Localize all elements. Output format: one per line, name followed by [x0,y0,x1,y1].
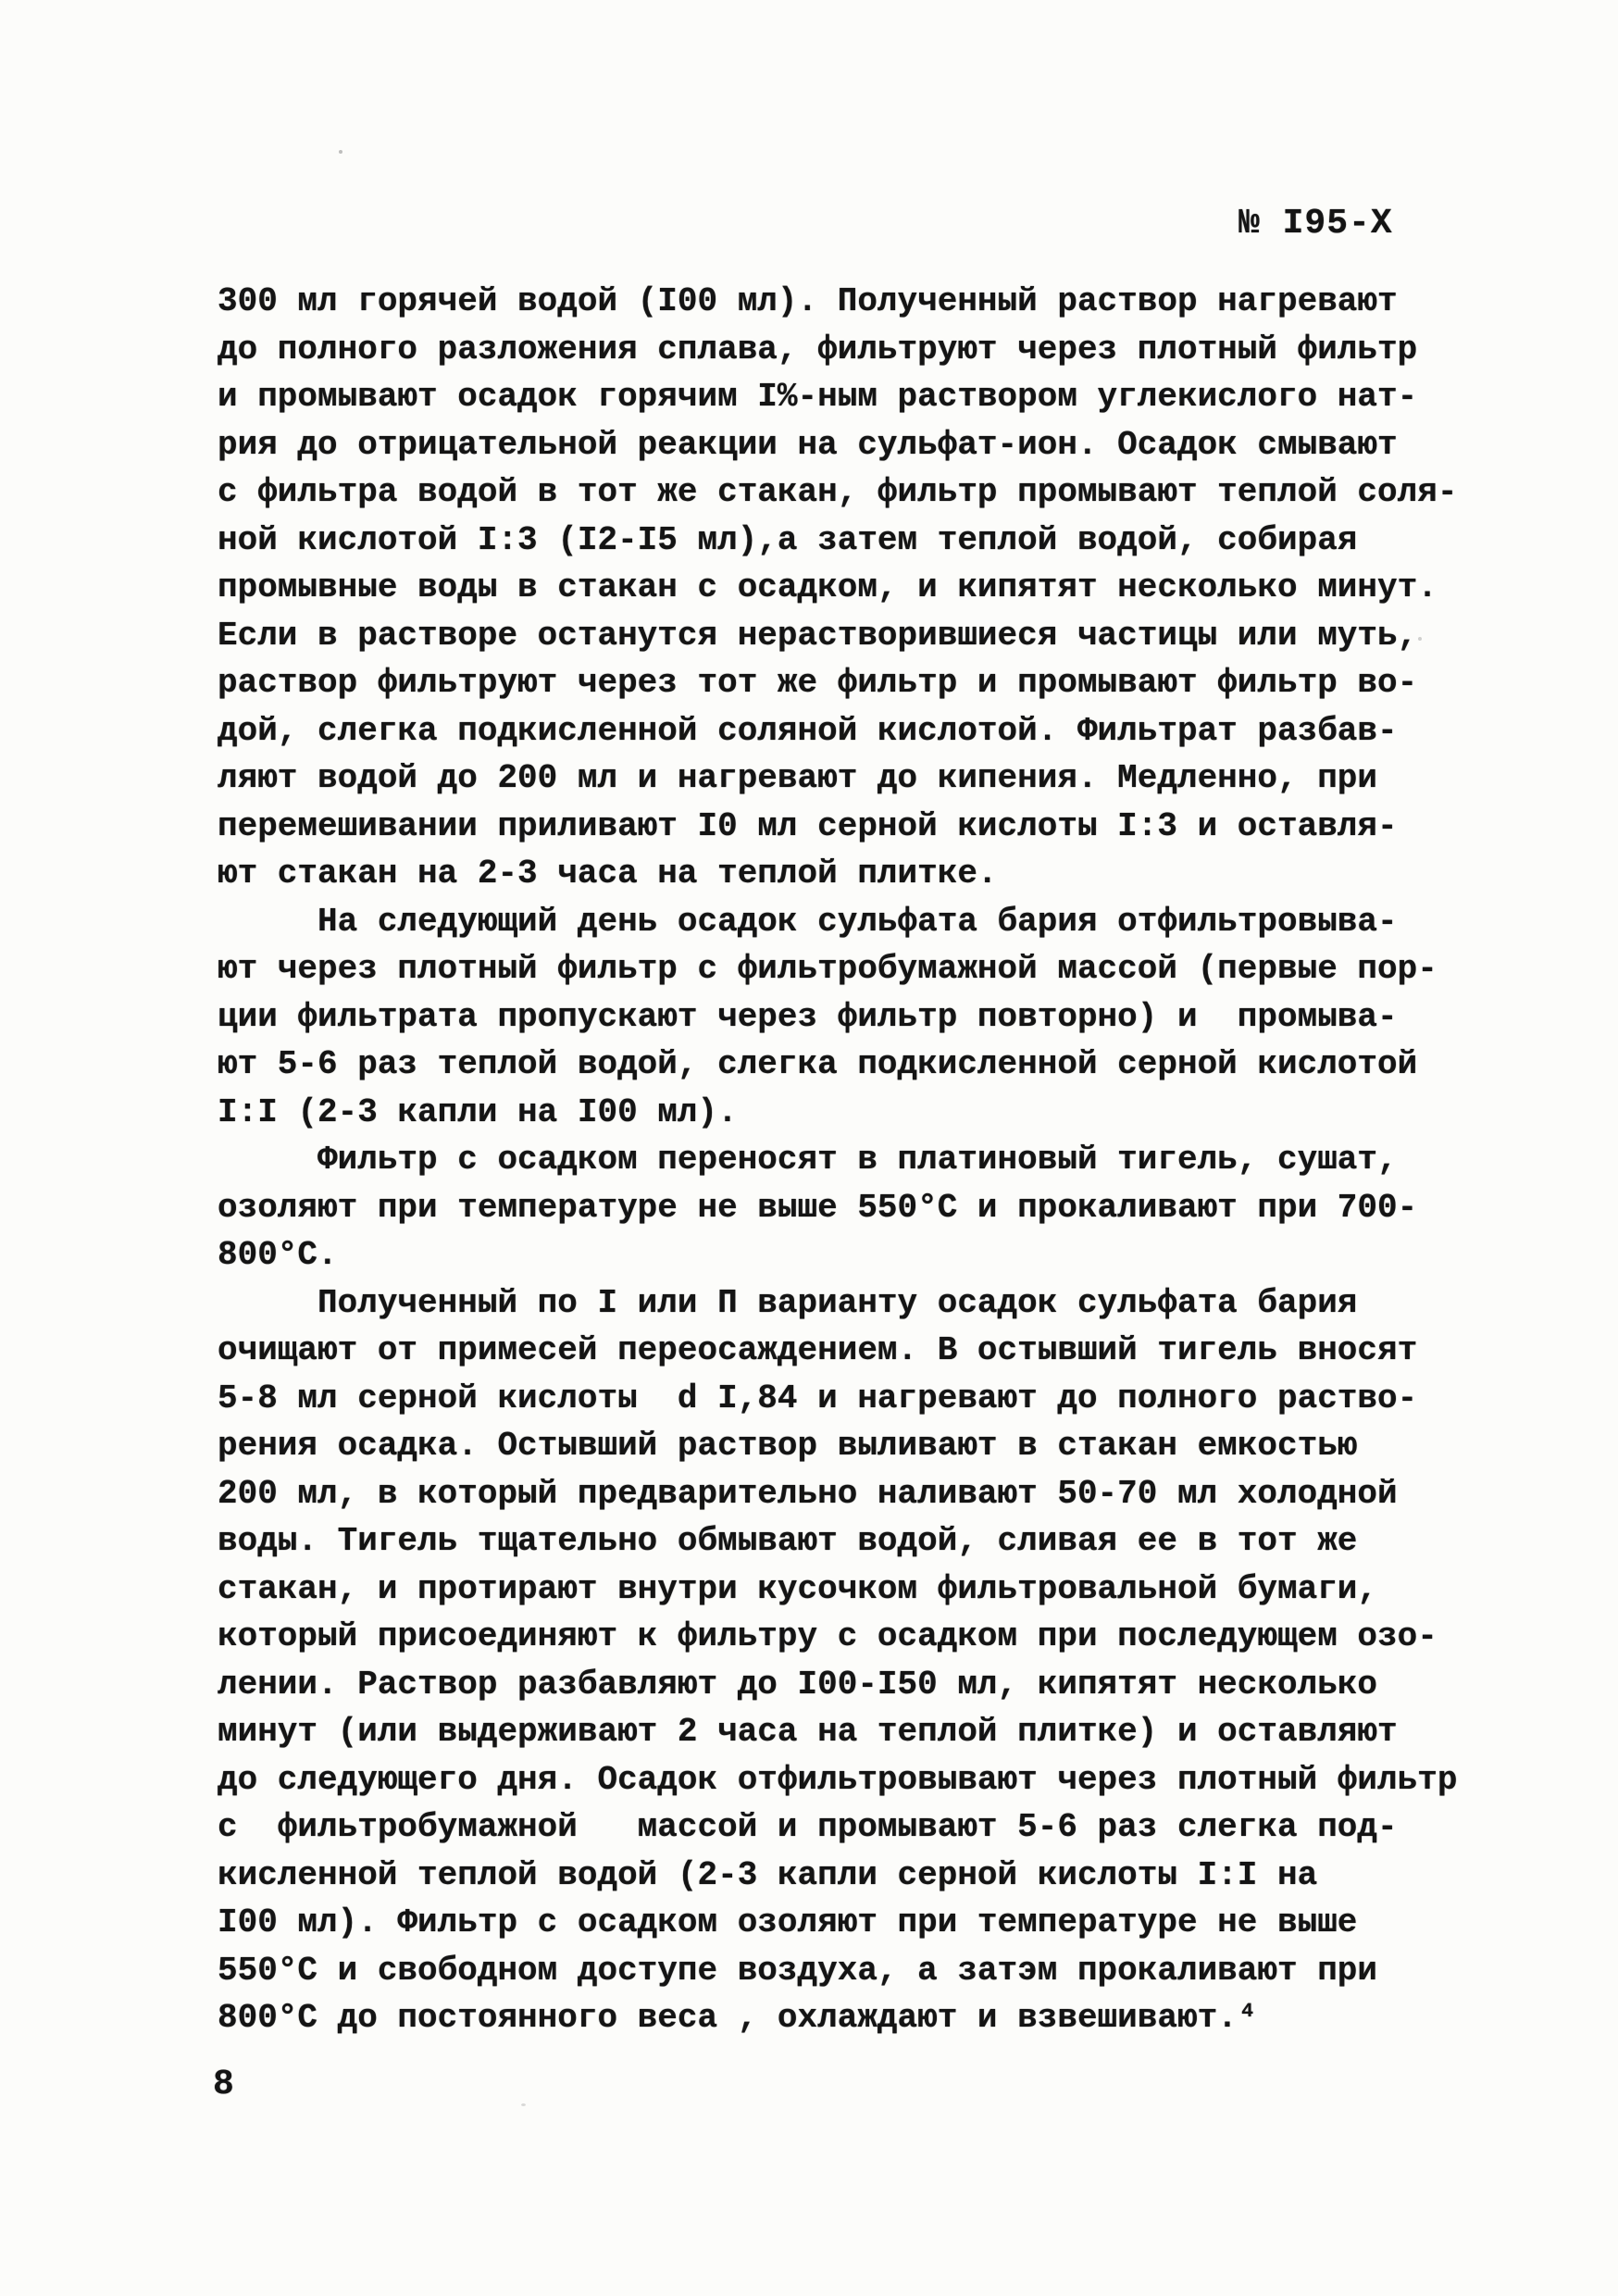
text-line: 800°С до постоянного веса , охлаждают и … [218,1994,1457,2042]
text-line: и промывают осадок горячим I%-ным раство… [218,373,1457,421]
text-line: дой, слегка подкисленной соляной кислото… [218,707,1457,755]
document-body: 300 мл горячей водой (I00 мл). Полученны… [218,278,1457,2042]
text-line: перемешивании приливают I0 мл серной кис… [218,803,1457,851]
text-line: до полного разложения сплава, фильтруют … [218,326,1457,374]
page-number: 8 [213,2065,234,2104]
text-line: стакан, и протирают внутри кусочком филь… [218,1566,1457,1614]
text-line: I:I (2-3 капли на I00 мл). [218,1089,1457,1137]
text-line: 550°С и свободном доступе воздуха, а зат… [218,1947,1457,1995]
text-line: озоляют при температуре не выше 550°С и … [218,1184,1457,1232]
text-line: 5-8 мл серной кислоты d I,84 и нагревают… [218,1375,1457,1423]
text-line: ции фильтрата пропускают через фильтр по… [218,993,1457,1042]
text-line: 200 мл, в который предварительно наливаю… [218,1470,1457,1518]
text-line: ют 5-6 раз теплой водой, слегка подкисле… [218,1041,1457,1089]
text-line: Если в растворе останутся нерастворившие… [218,612,1457,660]
text-line: 300 мл горячей водой (I00 мл). Полученны… [218,278,1457,326]
text-line: до следующего дня. Осадок отфильтровываю… [218,1756,1457,1804]
text-line: ют через плотный фильтр с фильтробумажно… [218,945,1457,993]
text-line: На следующий день осадок сульфата бария … [218,898,1457,946]
text-line: ют стакан на 2-3 часа на теплой плитке. [218,850,1457,898]
text-line: кисленной теплой водой (2-3 капли серной… [218,1852,1457,1900]
text-line: 800°С. [218,1231,1457,1279]
text-line: Полученный по I или П варианту осадок су… [218,1279,1457,1328]
text-line: с фильтра водой в тот же стакан, фильтр … [218,468,1457,517]
scan-speckle [521,2103,526,2106]
text-line: лении. Раствор разбавляют до I00-I50 мл,… [218,1661,1457,1709]
text-line: ной кислотой I:3 (I2-I5 мл),а затем тепл… [218,517,1457,565]
text-line: который присоединяют к фильтру с осадком… [218,1613,1457,1661]
text-line: рия до отрицательной реакции на сульфат-… [218,421,1457,469]
text-line: ляют водой до 200 мл и нагревают до кипе… [218,755,1457,803]
text-line: I00 мл). Фильтр с осадком озоляют при те… [218,1899,1457,1947]
text-line: очищают от примесей переосаждением. В ос… [218,1327,1457,1375]
scan-speckle [339,150,342,154]
document-page: № I95-Х 300 мл горячей водой (I00 мл). П… [0,0,1618,2296]
document-number: № I95-Х [1238,204,1393,243]
scan-speckle [1418,637,1422,641]
text-line: промывные воды в стакан с осадком, и кип… [218,564,1457,612]
text-line: минут (или выдерживают 2 часа на теплой … [218,1708,1457,1756]
text-line: воды. Тигель тщательно обмывают водой, с… [218,1517,1457,1566]
text-line: с фильтробумажной массой и промывают 5-6… [218,1803,1457,1852]
text-line: раствор фильтруют через тот же фильтр и … [218,659,1457,707]
text-line: Фильтр с осадком переносят в платиновый … [218,1136,1457,1184]
text-line: рения осадка. Остывший раствор выливают … [218,1422,1457,1470]
